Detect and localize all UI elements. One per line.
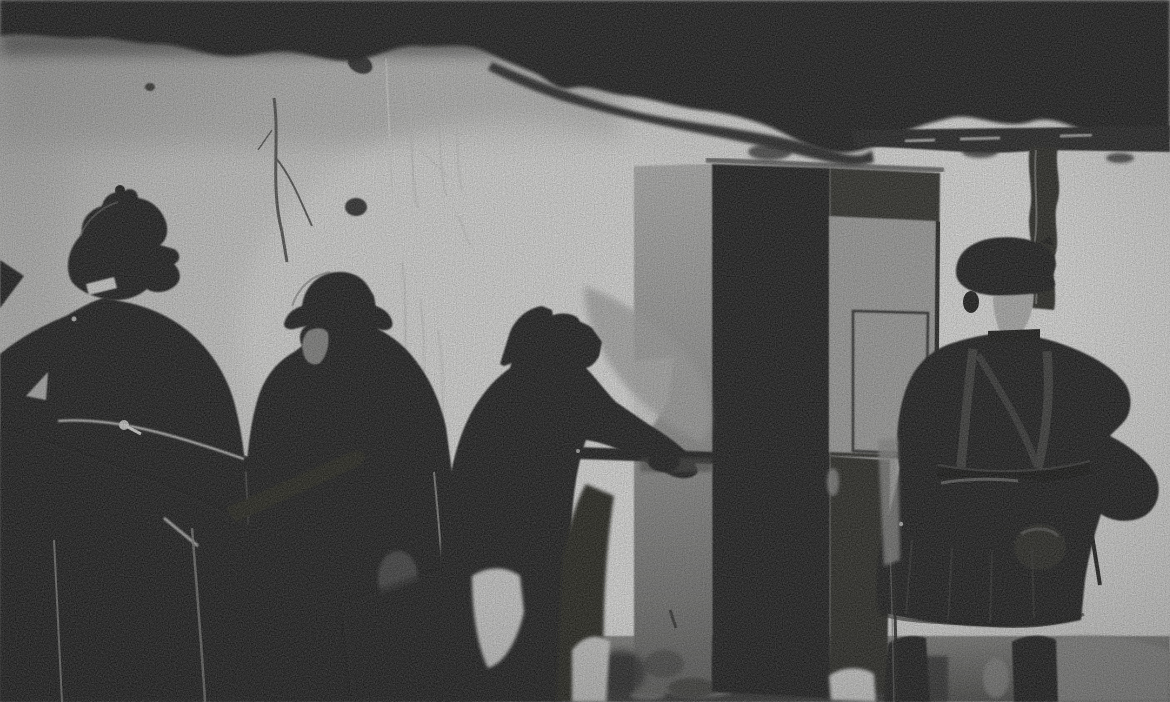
photo-canvas: black-and-white photograph Grainy monoch… xyxy=(0,0,1170,702)
film-grain-light xyxy=(0,0,1170,702)
historical-photograph: black-and-white photograph Grainy monoch… xyxy=(0,0,1170,702)
